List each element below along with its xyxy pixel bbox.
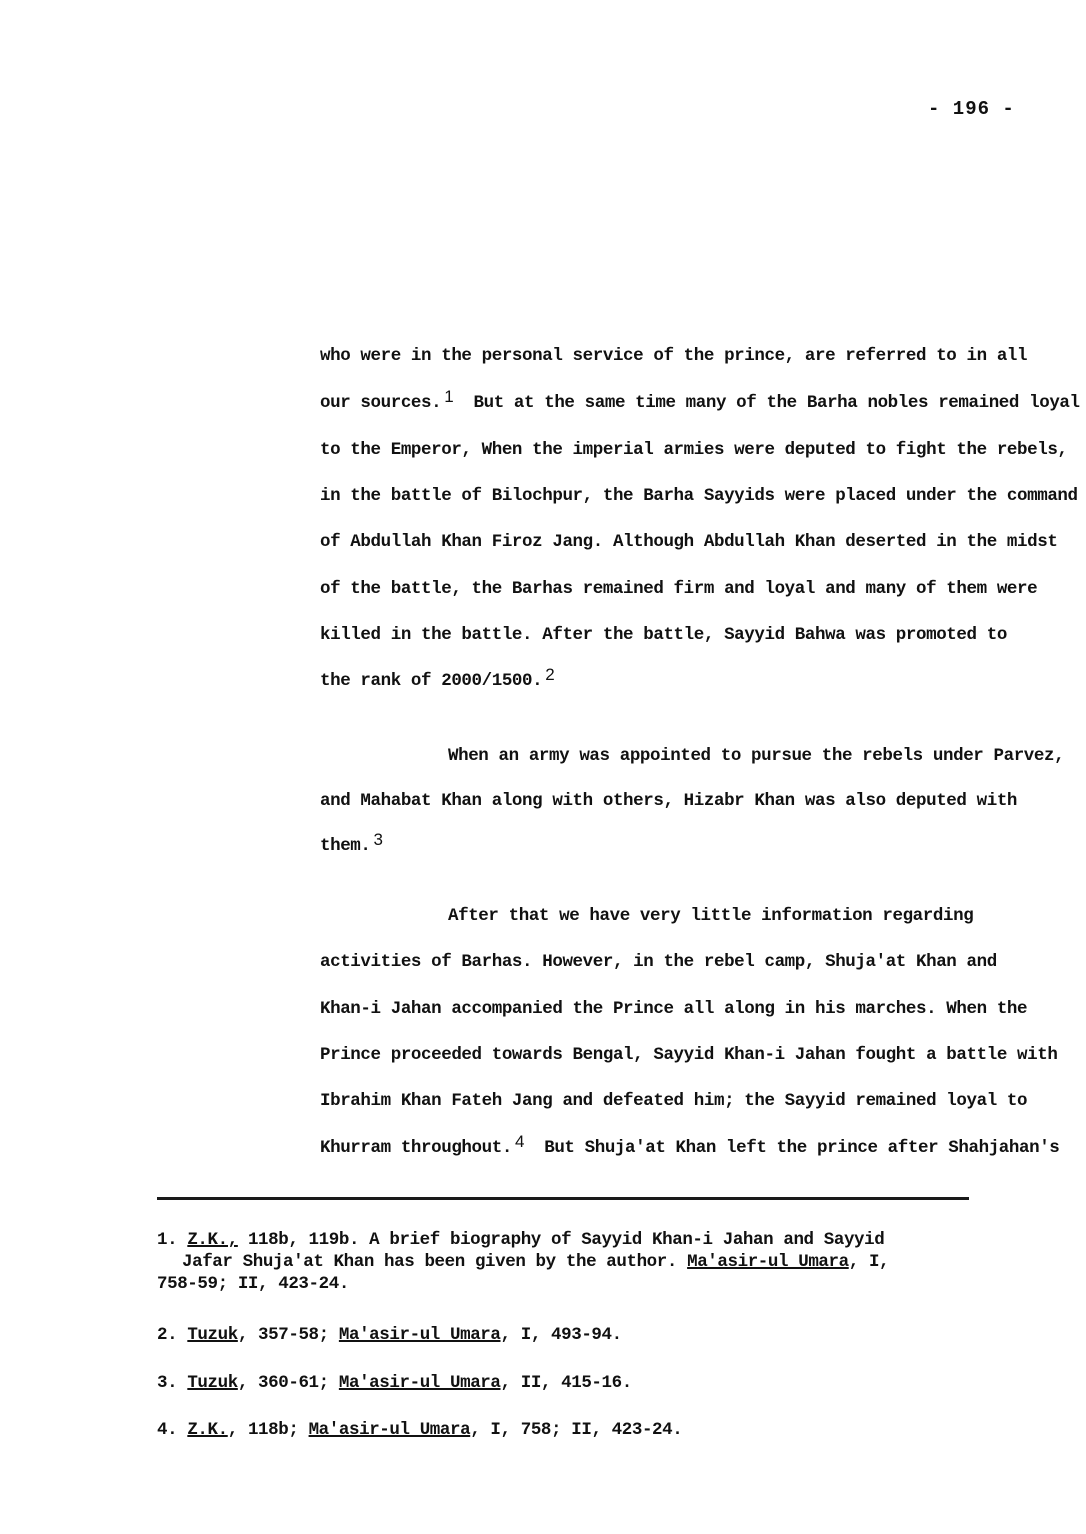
text-line: Khan-i Jahan accompanied the Prince all … (320, 999, 1027, 1019)
source-citation: Tuzuk (187, 1325, 238, 1345)
footnote-ref[interactable]: 3 (374, 830, 383, 849)
footnote-1-cont2: 758-59; II, 423-24. (157, 1274, 349, 1294)
footnote-3: 3. Tuzuk, 360-61; Ma'asir-ul Umara, II, … (157, 1373, 632, 1393)
source-citation: Tuzuk (187, 1373, 238, 1393)
text-line: our sources.1 But at the same time many … (320, 393, 1080, 413)
text-line: of the battle, the Barhas remained firm … (320, 579, 1037, 599)
text-line: who were in the personal service of the … (320, 346, 1027, 366)
source-citation: Ma'asir-ul Umara (339, 1373, 501, 1393)
source-citation: Ma'asir-ul Umara (339, 1325, 501, 1345)
footnote-4: 4. Z.K., 118b; Ma'asir-ul Umara, I, 758;… (157, 1420, 682, 1440)
text-line: them.3 (320, 836, 383, 856)
footnote-1-cont: Jafar Shuja'at Khan has been given by th… (182, 1252, 889, 1272)
text-line: in the battle of Bilochpur, the Barha Sa… (320, 486, 1078, 506)
source-citation: Ma'asir-ul Umara (309, 1420, 471, 1440)
text-line: killed in the battle. After the battle, … (320, 625, 1007, 645)
text-line: of Abdullah Khan Firoz Jang. Although Ab… (320, 532, 1057, 552)
text-line: Prince proceeded towards Bengal, Sayyid … (320, 1045, 1057, 1065)
footnote-2: 2. Tuzuk, 357-58; Ma'asir-ul Umara, I, 4… (157, 1325, 622, 1345)
footnote-ref[interactable]: 2 (545, 665, 554, 684)
text-line: the rank of 2000/1500.2 (320, 671, 554, 691)
footnote-ref[interactable]: 4 (515, 1132, 524, 1151)
text-line: and Mahabat Khan along with others, Hiza… (320, 791, 1017, 811)
page-number: - 196 - (928, 98, 1015, 120)
footnote-separator (157, 1197, 969, 1200)
text-line: to the Emperor, When the imperial armies… (320, 440, 1068, 460)
source-citation: Z.K., (187, 1230, 238, 1250)
text-line: When an army was appointed to pursue the… (448, 746, 1064, 766)
text-line: Khurram throughout.4 But Shuja'at Khan l… (320, 1138, 1059, 1158)
footnote-1: 1. Z.K., 118b, 119b. A brief biography o… (157, 1230, 884, 1250)
text-line: After that we have very little informati… (448, 906, 973, 926)
footnote-ref[interactable]: 1 (444, 387, 453, 406)
source-citation: Z.K. (187, 1420, 227, 1440)
source-citation: Ma'asir-ul Umara (687, 1252, 849, 1272)
text-line: Ibrahim Khan Fateh Jang and defeated him… (320, 1091, 1027, 1111)
text-line: activities of Barhas. However, in the re… (320, 952, 997, 972)
